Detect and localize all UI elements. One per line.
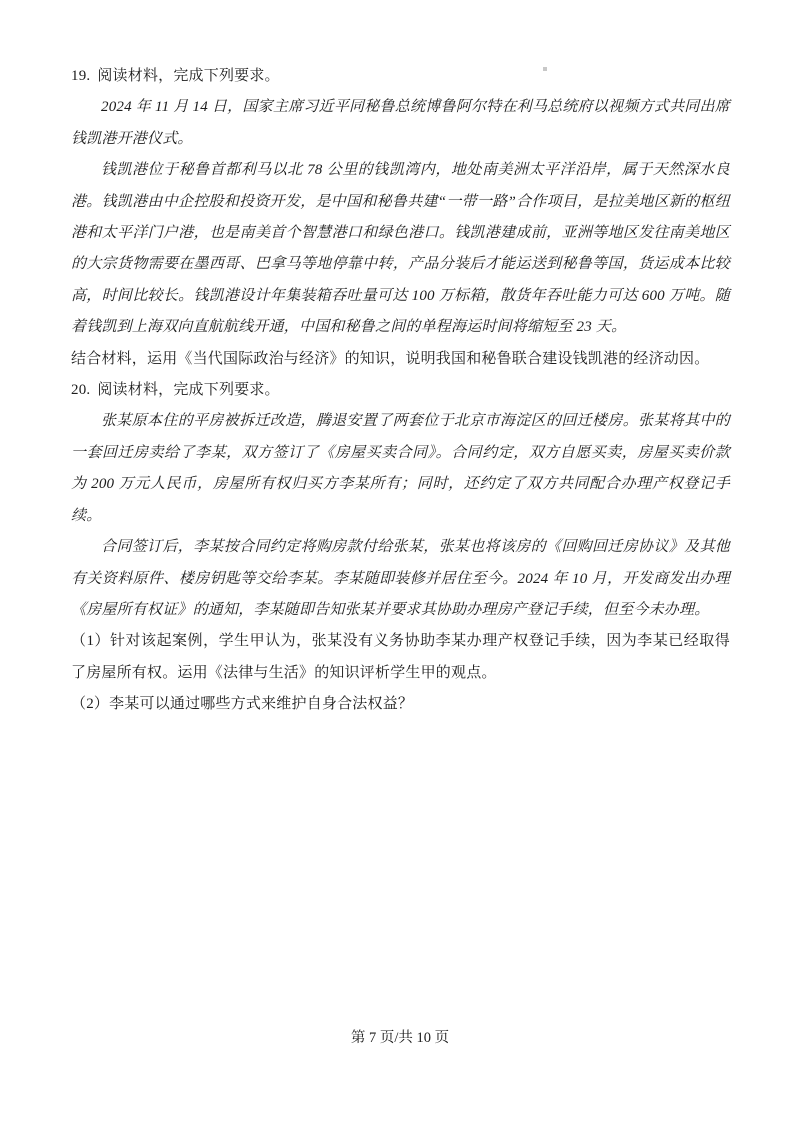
- exam-content: 19.阅读材料，完成下列要求。 2024 年 11 月 14 日，国家主席习近平…: [71, 61, 730, 721]
- document-page: 19.阅读材料，完成下列要求。 2024 年 11 月 14 日，国家主席习近平…: [0, 0, 800, 1131]
- question-19-material-paragraph-2: 钱凯港位于秘鲁首都利马以北 78 公里的钱凯湾内，地处南美洲太平洋沿岸，属于天然…: [71, 155, 730, 343]
- question-19-number: 19.: [71, 68, 90, 84]
- question-19-heading: 19.阅读材料，完成下列要求。: [71, 61, 730, 92]
- question-20-material-paragraph-2: 合同签订后，李某按合同约定将购房款付给张某，张某也将该房的《回购回迁房协议》及其…: [71, 532, 730, 626]
- page-footer: 第 7 页/共 10 页: [0, 1028, 800, 1048]
- question-20-number: 20.: [71, 382, 90, 398]
- question-19-material-paragraph-1: 2024 年 11 月 14 日，国家主席习近平同秘鲁总统博鲁阿尔特在利马总统府…: [71, 92, 730, 155]
- question-20-stem: 阅读材料，完成下列要求。: [97, 382, 279, 398]
- question-19-stem: 阅读材料，完成下列要求。: [97, 68, 279, 84]
- question-20-material-paragraph-1: 张某原本住的平房被拆迁改造，腾退安置了两套位于北京市海淀区的回迁楼房。张某将其中…: [71, 406, 730, 532]
- page-number: 第 7 页/共 10 页: [351, 1030, 449, 1046]
- question-20-subquestion-1: （1）针对该起案例，学生甲认为，张某没有义务协助李某办理产权登记手续，因为李某已…: [71, 626, 730, 689]
- question-20-heading: 20.阅读材料，完成下列要求。: [71, 375, 730, 406]
- question-19-task: 结合材料，运用《当代国际政治与经济》的知识，说明我国和秘鲁联合建设钱凯港的经济动…: [71, 344, 730, 375]
- question-20-subquestion-2: （2）李某可以通过哪些方式来维护自身合法权益？: [71, 689, 730, 720]
